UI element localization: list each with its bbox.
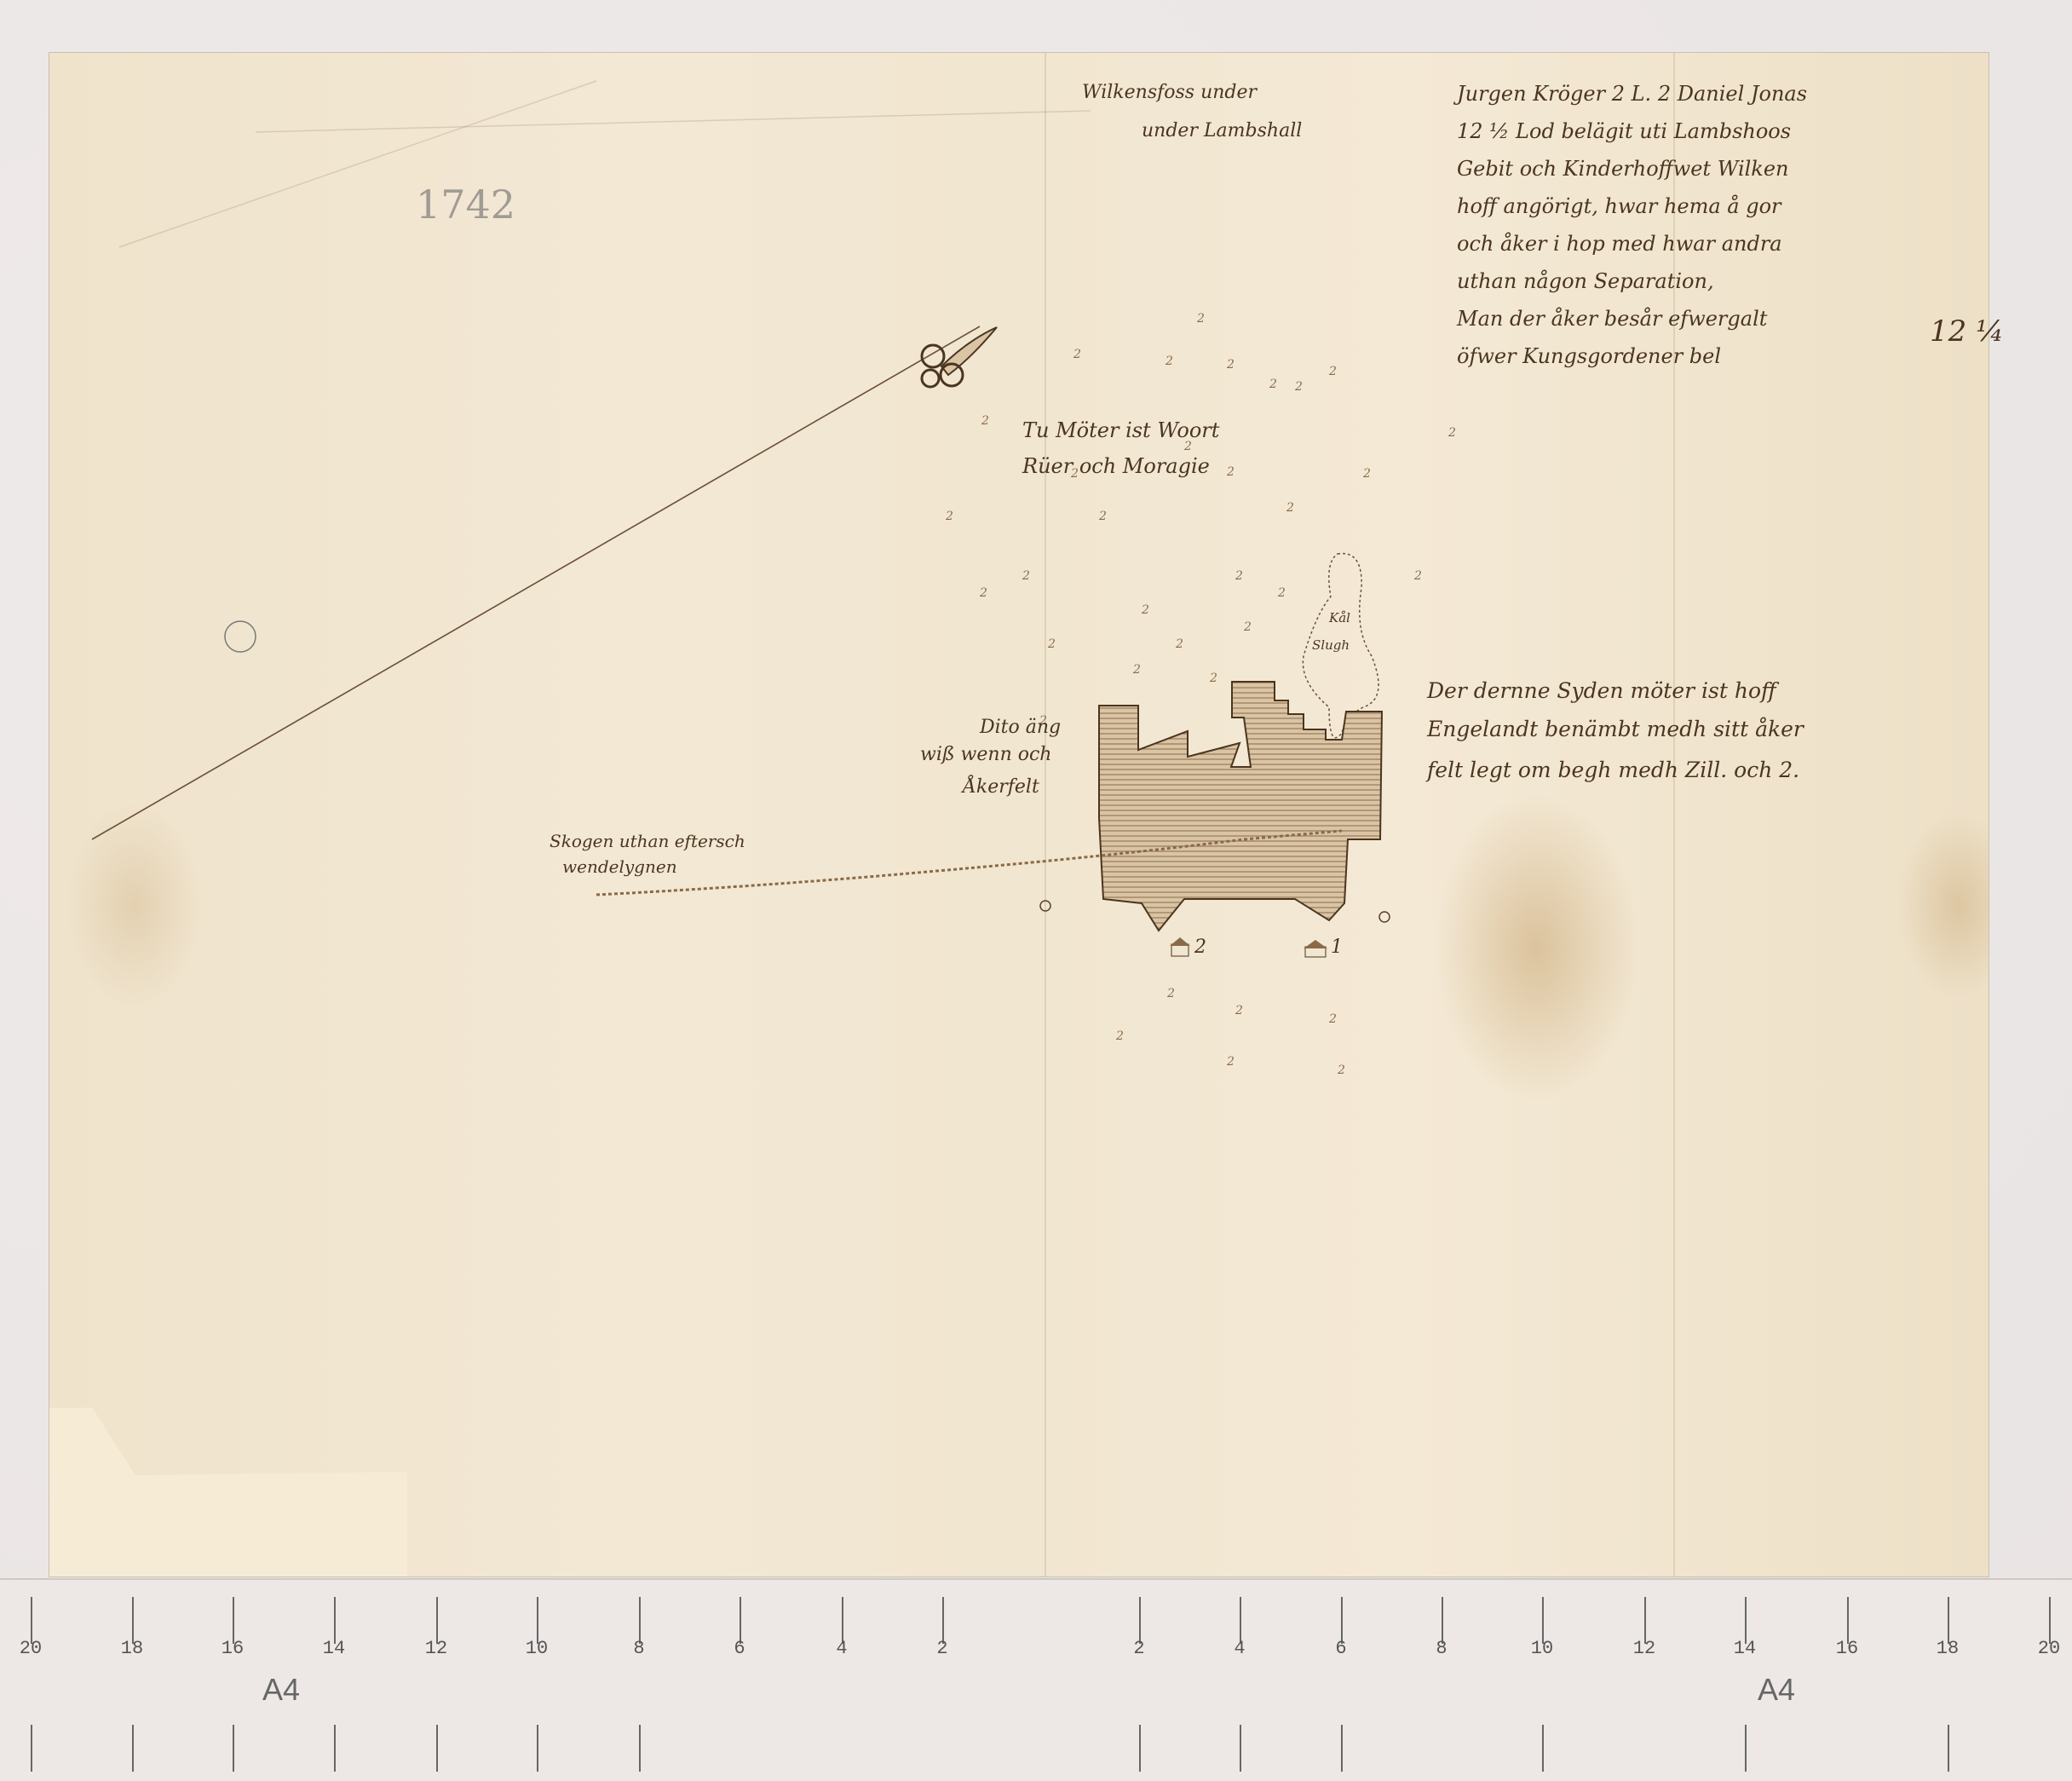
field-label-1: Dito äng — [980, 716, 1061, 740]
title-line: Man der åker besår efwergalt — [1457, 306, 1807, 331]
svg-text:2: 2 — [1166, 987, 1175, 1000]
ruler-label: 18 — [1937, 1638, 1959, 1659]
title-line: hoff angörigt, hwar hema å gor — [1457, 193, 1807, 219]
svg-text:2: 2 — [1328, 365, 1337, 378]
svg-text:2: 2 — [1286, 501, 1294, 515]
ruler-label: 12 — [425, 1638, 447, 1659]
ruler-label: 16 — [222, 1638, 244, 1659]
svg-text:2: 2 — [1235, 569, 1243, 583]
svg-text:2: 2 — [1209, 671, 1217, 685]
title-left-line-2: under Lambshall — [1142, 119, 1302, 143]
svg-text:2: 2 — [1098, 510, 1107, 523]
svg-text:2: 2 — [1243, 620, 1252, 634]
svg-text:2: 2 — [1328, 1012, 1337, 1026]
title-line: Jurgen Kröger 2 L. 2 Daniel Jonas — [1457, 81, 1807, 107]
north-arrow-icon — [922, 327, 997, 387]
ruler-label: 10 — [526, 1638, 548, 1659]
svg-text:2: 2 — [1022, 569, 1030, 583]
svg-text:2: 2 — [1448, 426, 1456, 440]
svg-text:2: 2 — [945, 510, 953, 523]
field-label-2: wiß wenn och — [920, 743, 1051, 767]
ruler-label: 14 — [1734, 1638, 1756, 1659]
svg-text:2: 2 — [1226, 1055, 1235, 1069]
right-label-1: Der dernne Syden möter ist hoff — [1427, 677, 1776, 704]
svg-text:2: 2 — [1413, 569, 1422, 583]
pond-label-2: Slugh — [1312, 637, 1350, 654]
boundary-label-2: wendelygnen — [562, 856, 677, 878]
ruler-label: 8 — [633, 1638, 644, 1659]
title-left-line-1: Wilkensfoss under — [1082, 81, 1257, 105]
ruler-label: 20 — [2038, 1638, 2060, 1659]
ruler-label: 16 — [1836, 1638, 1858, 1659]
pencil-circle-marker — [225, 621, 256, 652]
meadow-label-2: Rüer och Moragie — [1022, 453, 1210, 479]
right-label-2: Engelandt benämbt medh sitt åker — [1427, 716, 1804, 742]
title-line: uthan någon Separation, — [1457, 268, 1807, 294]
ruler-label: 2 — [936, 1638, 947, 1659]
house-icon — [1170, 937, 1190, 956]
svg-text:2: 2 — [1047, 637, 1056, 651]
svg-text:2: 2 — [1362, 467, 1371, 481]
svg-text:2: 2 — [979, 586, 987, 600]
right-label-3: felt legt om begh medh Zill. och 2. — [1427, 757, 1799, 783]
house-label-1: 1 — [1331, 936, 1343, 960]
svg-text:2: 2 — [1337, 1063, 1345, 1077]
ruler-label: 2 — [1133, 1638, 1144, 1659]
svg-text:2: 2 — [1226, 465, 1235, 479]
ruler-label: 6 — [734, 1638, 745, 1659]
svg-text:2: 2 — [1132, 663, 1141, 677]
area-value: 12 ¼ — [1930, 314, 2004, 350]
title-line: och åker i hop med hwar andra — [1457, 231, 1807, 256]
svg-text:2: 2 — [1115, 1029, 1124, 1043]
ruler-label: 4 — [1234, 1638, 1245, 1659]
title-line: 12 ½ Lod belägit uti Lambshoos — [1457, 118, 1807, 144]
svg-text:2: 2 — [1141, 603, 1149, 617]
ruler-label: 8 — [1436, 1638, 1447, 1659]
field-label-3: Åkerfelt — [963, 775, 1039, 799]
svg-text:2: 2 — [1165, 354, 1173, 368]
svg-text:2: 2 — [1175, 637, 1183, 651]
ruler-label: 14 — [323, 1638, 345, 1659]
ruler-label: 12 — [1633, 1638, 1655, 1659]
pond-label-1: Kål — [1329, 610, 1350, 626]
title-line: öfwer Kungsgordener bel — [1457, 343, 1807, 369]
field-polygon — [1099, 682, 1382, 931]
boundary-label-1: Skogen uthan eftersch — [550, 831, 745, 852]
ruler-label: 10 — [1531, 1638, 1553, 1659]
svg-text:2: 2 — [1226, 358, 1235, 372]
svg-text:2: 2 — [981, 414, 989, 428]
house-icon — [1304, 940, 1327, 957]
ruler-label: 20 — [20, 1638, 42, 1659]
svg-text:2: 2 — [1294, 380, 1303, 394]
title-line: Gebit och Kinderhoffwet Wilken — [1457, 156, 1807, 182]
title-block: Jurgen Kröger 2 L. 2 Daniel Jonas 12 ½ L… — [1457, 81, 1807, 369]
house-label-2: 2 — [1194, 936, 1206, 960]
svg-text:2: 2 — [1196, 312, 1205, 326]
ruler-label: 18 — [121, 1638, 143, 1659]
scale-ruler: 20 18 16 14 12 10 8 6 4 2 2 4 6 8 10 12 … — [0, 1578, 2072, 1781]
ruler-format-label: A4 — [1758, 1672, 1795, 1708]
ruler-format-label: A4 — [262, 1672, 300, 1708]
svg-text:2: 2 — [1269, 378, 1277, 391]
ruler-label: 4 — [836, 1638, 847, 1659]
svg-text:2: 2 — [1235, 1004, 1243, 1017]
svg-text:2: 2 — [1277, 586, 1286, 600]
ruler-label: 6 — [1335, 1638, 1346, 1659]
meadow-label-1: Tu Möter ist Woort — [1022, 418, 1219, 443]
svg-text:2: 2 — [1073, 348, 1081, 361]
